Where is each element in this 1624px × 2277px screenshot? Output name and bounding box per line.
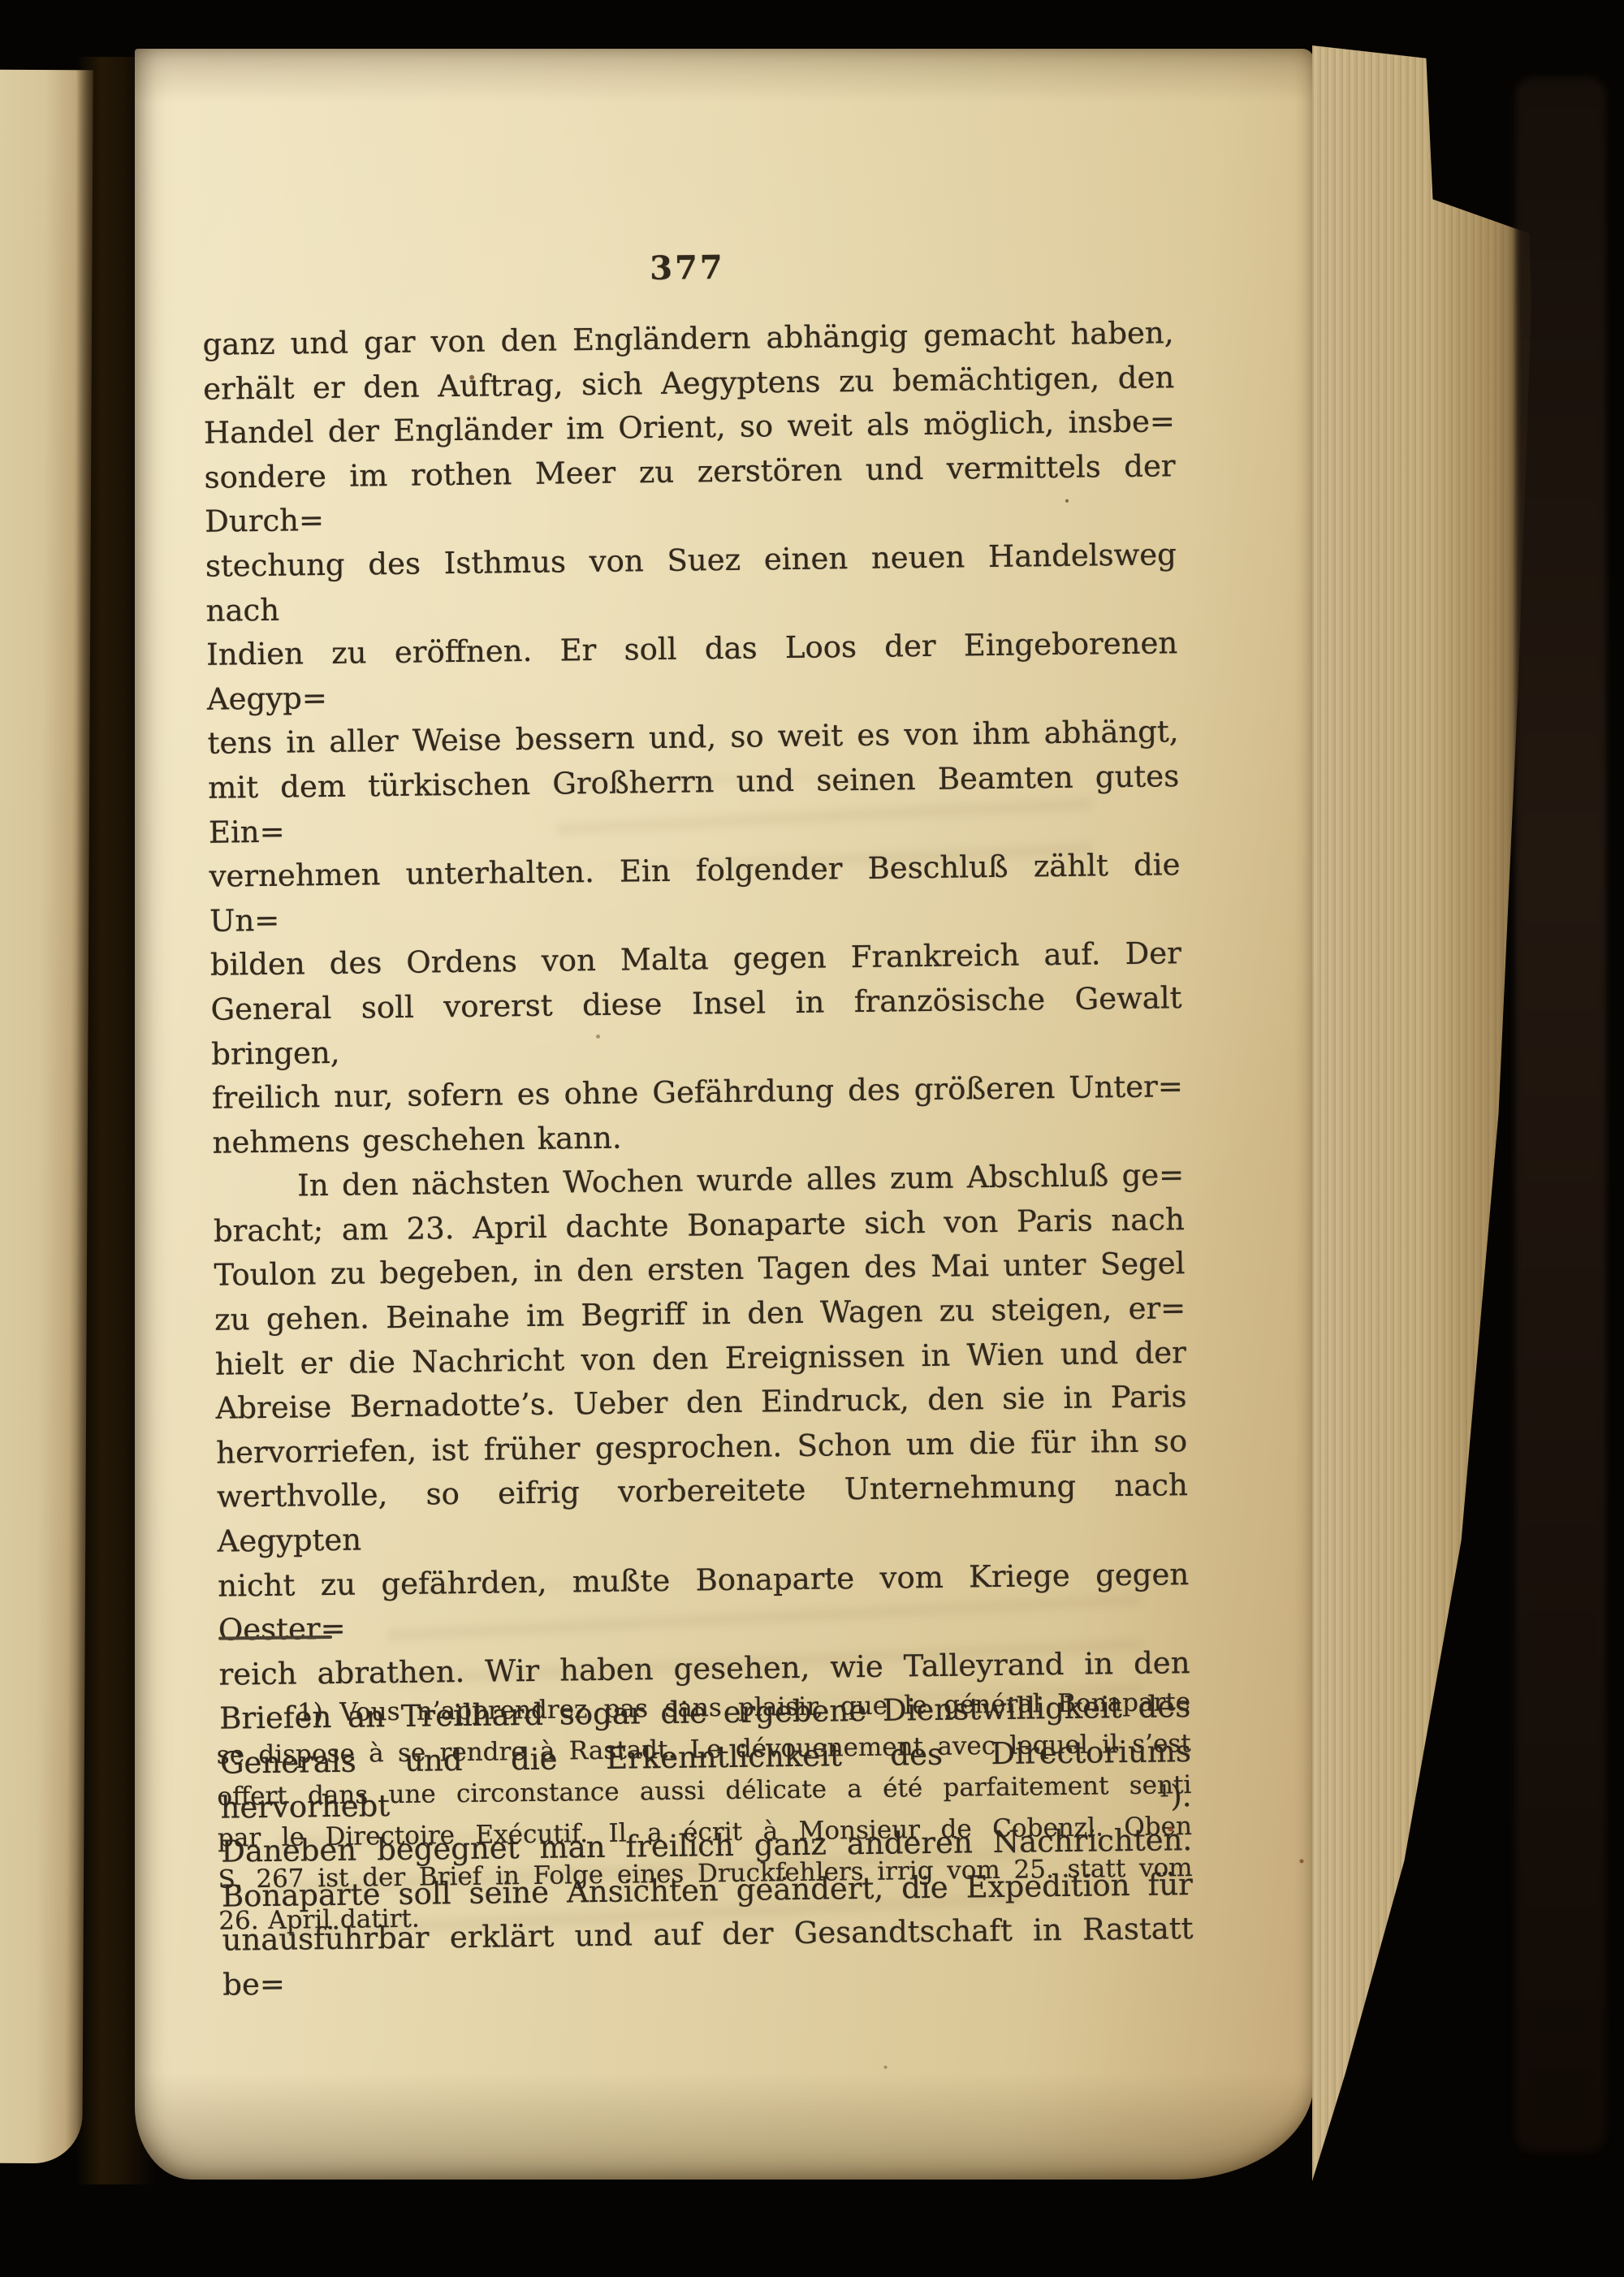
paper-specks: [124, 41, 1303, 56]
paper-speck: [596, 1035, 600, 1039]
book-cover-edge: [1515, 77, 1606, 2152]
book-fore-edge: [1312, 45, 1531, 2181]
book-page: 377 ganz und gar von den Engländern abhä…: [135, 49, 1314, 2180]
paper-speck: [884, 2066, 888, 2069]
text-line: General soll vorerst diese Insel in fran…: [210, 976, 1182, 1077]
text-line: sondere im rothen Meer zu zerstören und …: [204, 444, 1176, 545]
page-content: 377 ganz und gar von den Engländern abhä…: [124, 41, 1329, 2187]
footnote: 1) Vous n’apprendrez pas sans plaisir, q…: [216, 1682, 1194, 1942]
text-line: vernehmen unterhalten. Ein folgender Bes…: [209, 843, 1181, 944]
paper-speck: [1065, 499, 1069, 503]
scan-background: { "colors":{ "background":"#060402", "pa…: [0, 0, 1624, 2277]
text-line: werthvolle, so eifrig vorbereitete Unter…: [217, 1464, 1189, 1565]
paper-speck: [1299, 1859, 1303, 1863]
text-line: stechung des Isthmus von Suez einen neue…: [205, 533, 1177, 633]
text-line: nicht zu gefährden, mußte Bonaparte vom …: [218, 1553, 1190, 1653]
paper-speck: [1168, 1826, 1173, 1831]
text-line: mit dem türkischen Großherrn und seinen …: [208, 754, 1180, 855]
text-line: Indien zu eröffnen. Er soll das Loos der…: [206, 621, 1178, 722]
body-paragraph-1: ganz und gar von den Engländern abhängig…: [202, 311, 1184, 1165]
page-number: 377: [201, 243, 1173, 293]
paper-speck: [469, 375, 474, 380]
